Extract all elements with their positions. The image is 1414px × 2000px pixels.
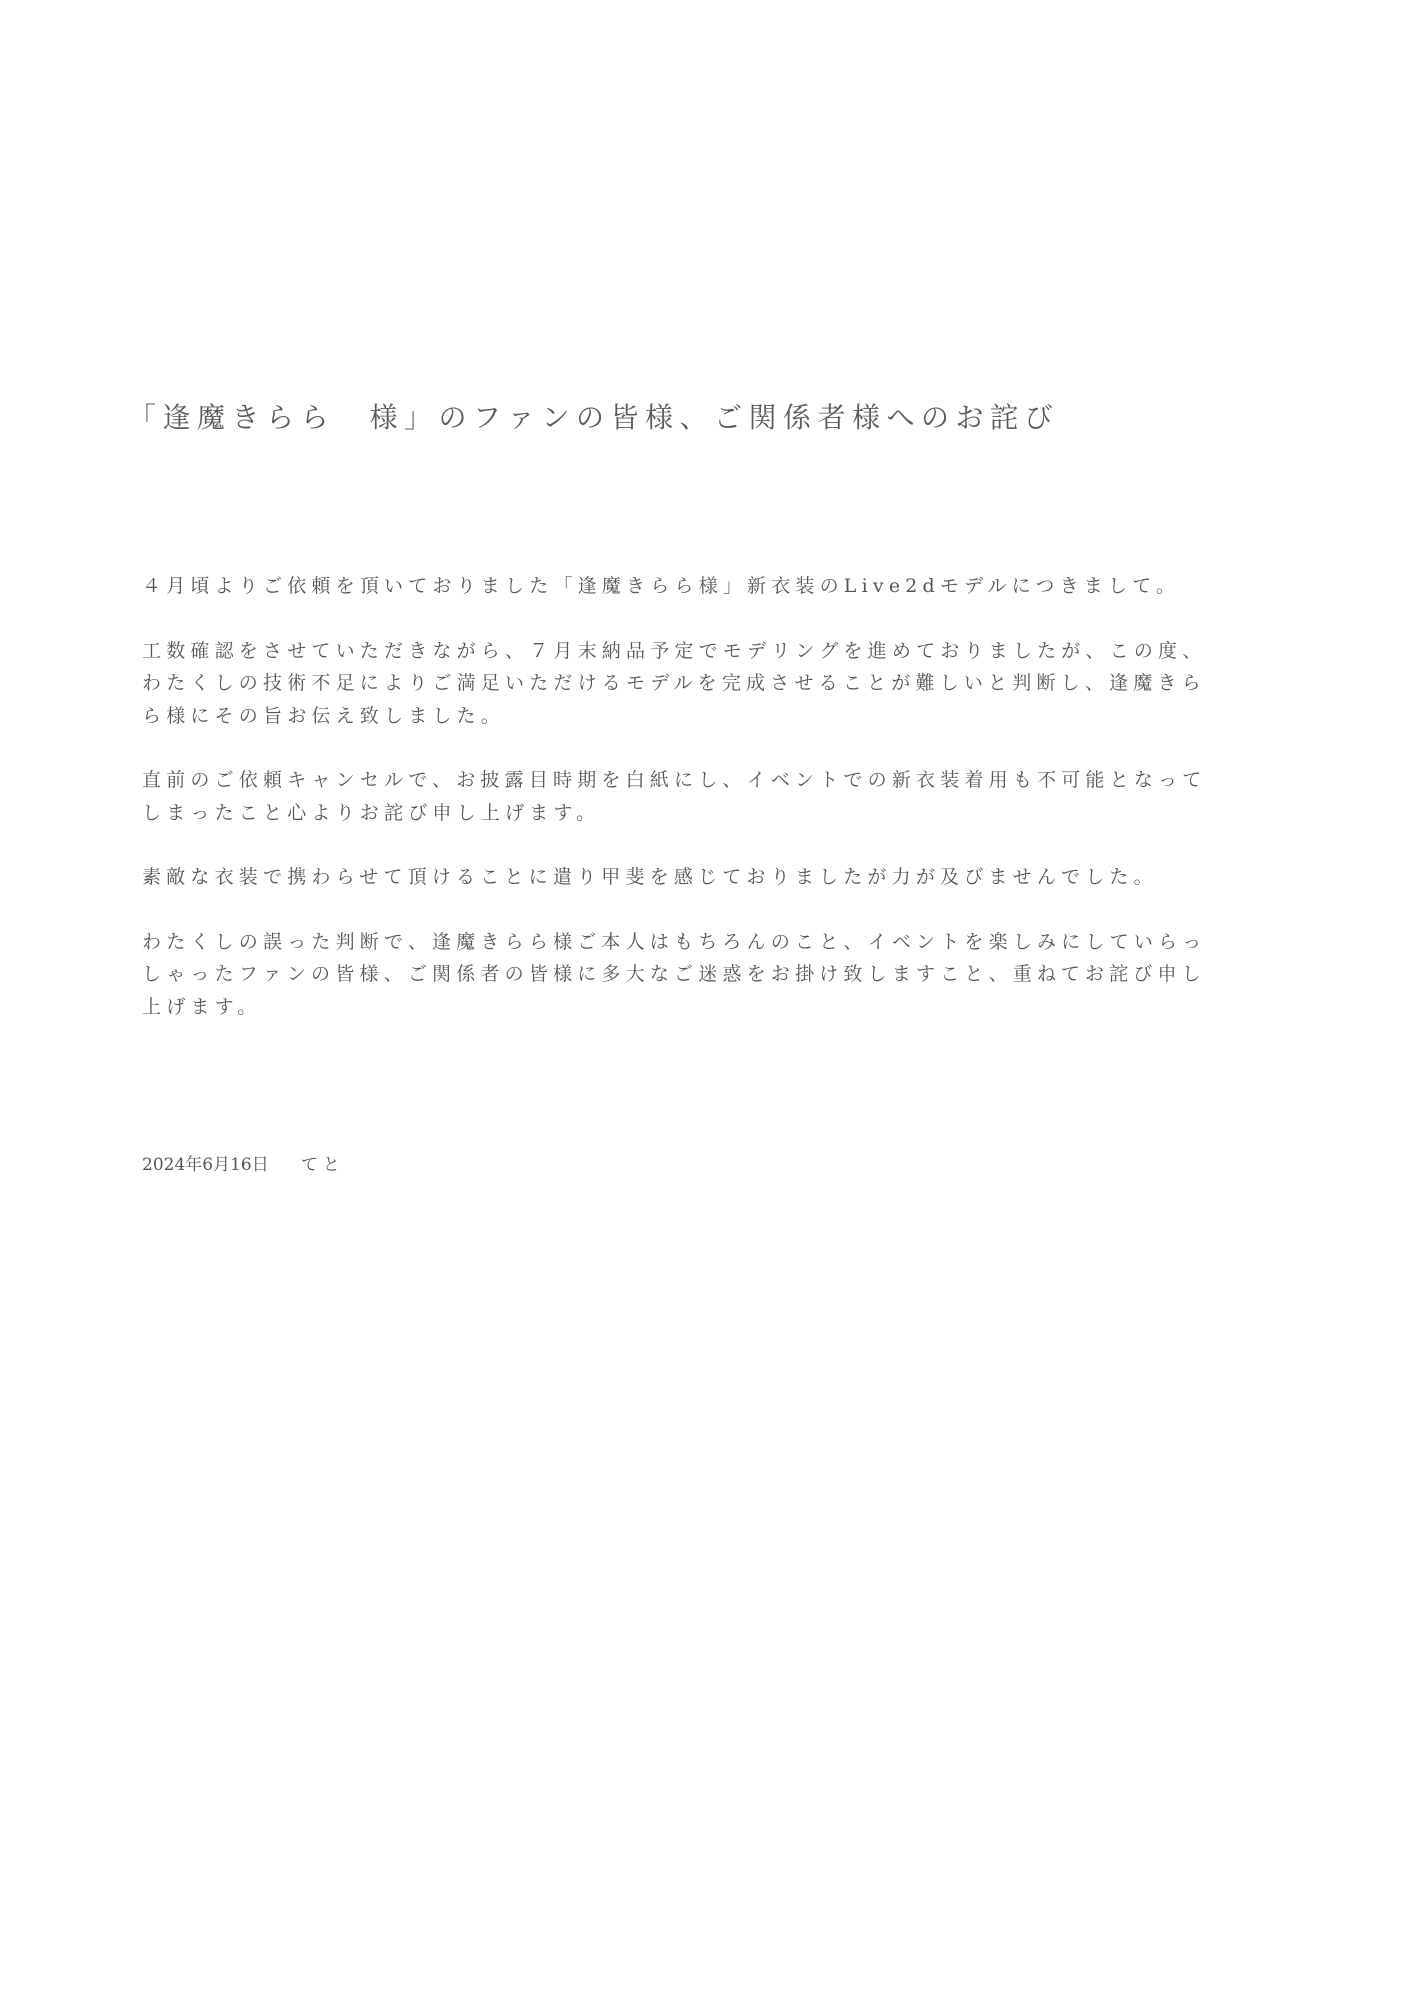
signature-block: 2024年6月16日てと (142, 1150, 345, 1180)
paragraph-circumstances: 工数確認をさせていただきながら、７月末納品予定でモデリングを進めておりましたが、… (142, 635, 1212, 733)
paragraph-apology-cancel: 直前のご依頼キャンセルで、お披露目時期を白紙にし、イベントでの新衣装着用も不可能… (142, 764, 1212, 829)
paragraph-regret: 素敵な衣装で携わらせて頂けることに遣り甲斐を感じておりましたが力が及びませんでし… (142, 861, 1212, 894)
paragraph-final-apology: わたくしの誤った判断で、逢魔きらら様ご本人はもちろんのこと、イベントを楽しみにし… (142, 926, 1212, 1024)
document-title: 「逢魔きらら 様」のファンの皆様、ご関係者様へのお詫び (128, 396, 1288, 440)
paragraph-intro: ４月頃よりご依頼を頂いておりました「逢魔きらら様」新衣装のLive2dモデルにつ… (142, 570, 1212, 603)
signature-date: 2024年6月16日 (142, 1155, 269, 1175)
signature-author: てと (301, 1155, 345, 1175)
document-page: 「逢魔きらら 様」のファンの皆様、ご関係者様へのお詫び ４月頃よりご依頼を頂いて… (0, 0, 1414, 2000)
document-body: ４月頃よりご依頼を頂いておりました「逢魔きらら様」新衣装のLive2dモデルにつ… (142, 570, 1212, 1023)
